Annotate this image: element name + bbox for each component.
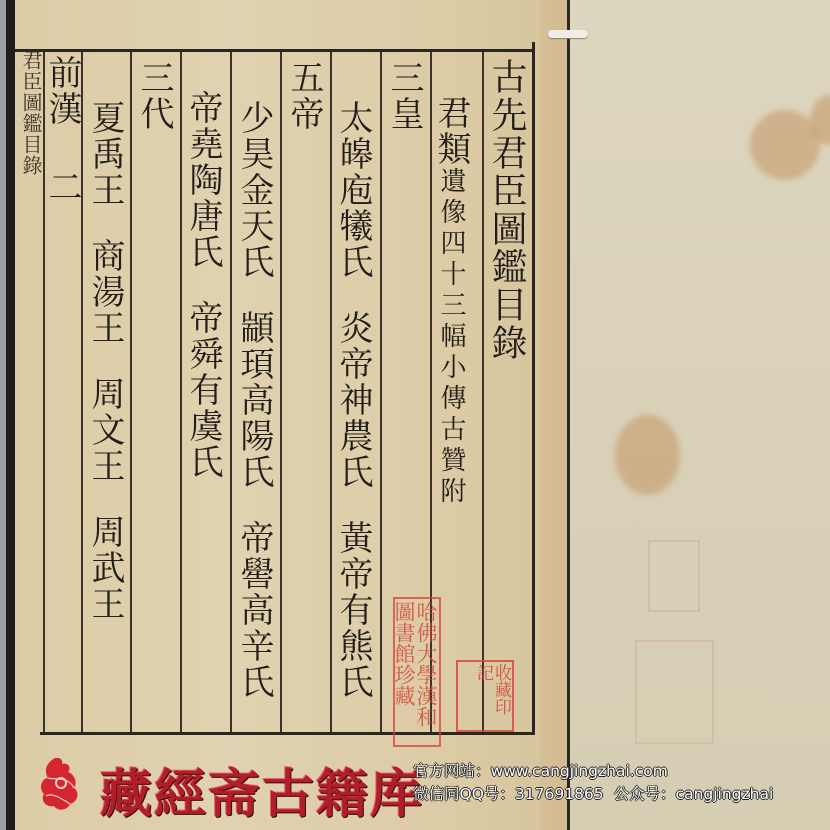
entry: 少昊金天氏: [234, 100, 274, 280]
entry: 帝舜有虞氏: [183, 300, 223, 480]
public-label: 公众号：: [614, 785, 676, 803]
entries-wudi-1: 少昊金天氏顓頊高陽氏帝嚳高辛氏: [237, 100, 271, 700]
entry: 帝嚳高辛氏: [234, 520, 274, 700]
stain: [615, 415, 680, 495]
column-rule: [130, 52, 132, 732]
frame-border-right: [532, 42, 535, 732]
section-heading-wudi: 五帝: [287, 60, 321, 132]
frame-border-top: [15, 49, 535, 52]
watermark-brand: 藏經斋古籍库: [100, 752, 424, 827]
book-title: 古先君臣圖鑑目錄: [488, 58, 524, 362]
entries-sandai: 夏禹王商湯王周文王周武王: [88, 100, 122, 622]
dragon-logo-icon: [38, 756, 84, 812]
column-rule: [280, 52, 282, 732]
binding-thread: [548, 30, 588, 38]
contact-label: 微信同QQ号：: [413, 785, 515, 803]
subtitle-note: 遺像四十三幅小傳古贊附: [436, 167, 466, 508]
entry: 黃帝有熊氏: [333, 520, 373, 700]
watermark-site: 官方网站：www.cangjingzhai.com: [413, 759, 668, 781]
column-rule: [180, 52, 182, 732]
section-heading-qianhan: 前漢 二: [45, 55, 79, 205]
contact-number: 317691865: [515, 785, 604, 803]
faint-seal-impression: [635, 640, 714, 744]
frame-border-bottom: [40, 732, 535, 735]
subtitle-column: 君類遺像四十三幅小傳古贊附: [434, 95, 468, 508]
subtitle-category: 君類: [431, 95, 471, 167]
entry: 周文王: [85, 376, 125, 484]
cover-leaf: [570, 0, 830, 830]
watermark-contact: 微信同QQ号：317691865 公众号：cangjingzhai: [413, 782, 773, 804]
entry: 商湯王: [85, 238, 125, 346]
public-account: cangjingzhai: [676, 785, 774, 803]
scanned-book-page: 君臣圖鑑目錄 古先君臣圖鑑目錄 君類遺像四十三幅小傳古贊附 三皇 太皞庖犧氏炎帝…: [0, 0, 830, 830]
entries-wudi-2: 帝堯陶唐氏帝舜有虞氏: [186, 90, 220, 480]
site-url[interactable]: www.cangjingzhai.com: [491, 762, 668, 780]
entry: 炎帝神農氏: [333, 310, 373, 490]
column-rule: [230, 52, 232, 732]
site-label: 官方网站：: [413, 762, 491, 780]
scan-edge-dark: [6, 0, 15, 830]
faint-seal-impression: [648, 540, 700, 612]
entry: 夏禹王: [85, 100, 125, 208]
library-seal: 哈佛大學漢和圖書館珍藏: [393, 597, 441, 747]
entry: 周武王: [85, 514, 125, 622]
entry: 顓頊高陽氏: [234, 310, 274, 490]
column-rule: [330, 52, 332, 732]
entries-sanhuang: 太皞庖犧氏炎帝神農氏黃帝有熊氏: [336, 100, 370, 700]
entry: 帝堯陶唐氏: [183, 90, 223, 270]
entry: 太皞庖犧氏: [333, 100, 373, 280]
section-heading-sandai: 三代: [137, 60, 171, 132]
column-rule: [482, 52, 484, 732]
column-rule: [380, 52, 382, 732]
collector-seal: 收藏印記: [456, 660, 514, 732]
binding-strip: [540, 0, 568, 830]
section-heading-sanhuang: 三皇: [387, 60, 421, 132]
